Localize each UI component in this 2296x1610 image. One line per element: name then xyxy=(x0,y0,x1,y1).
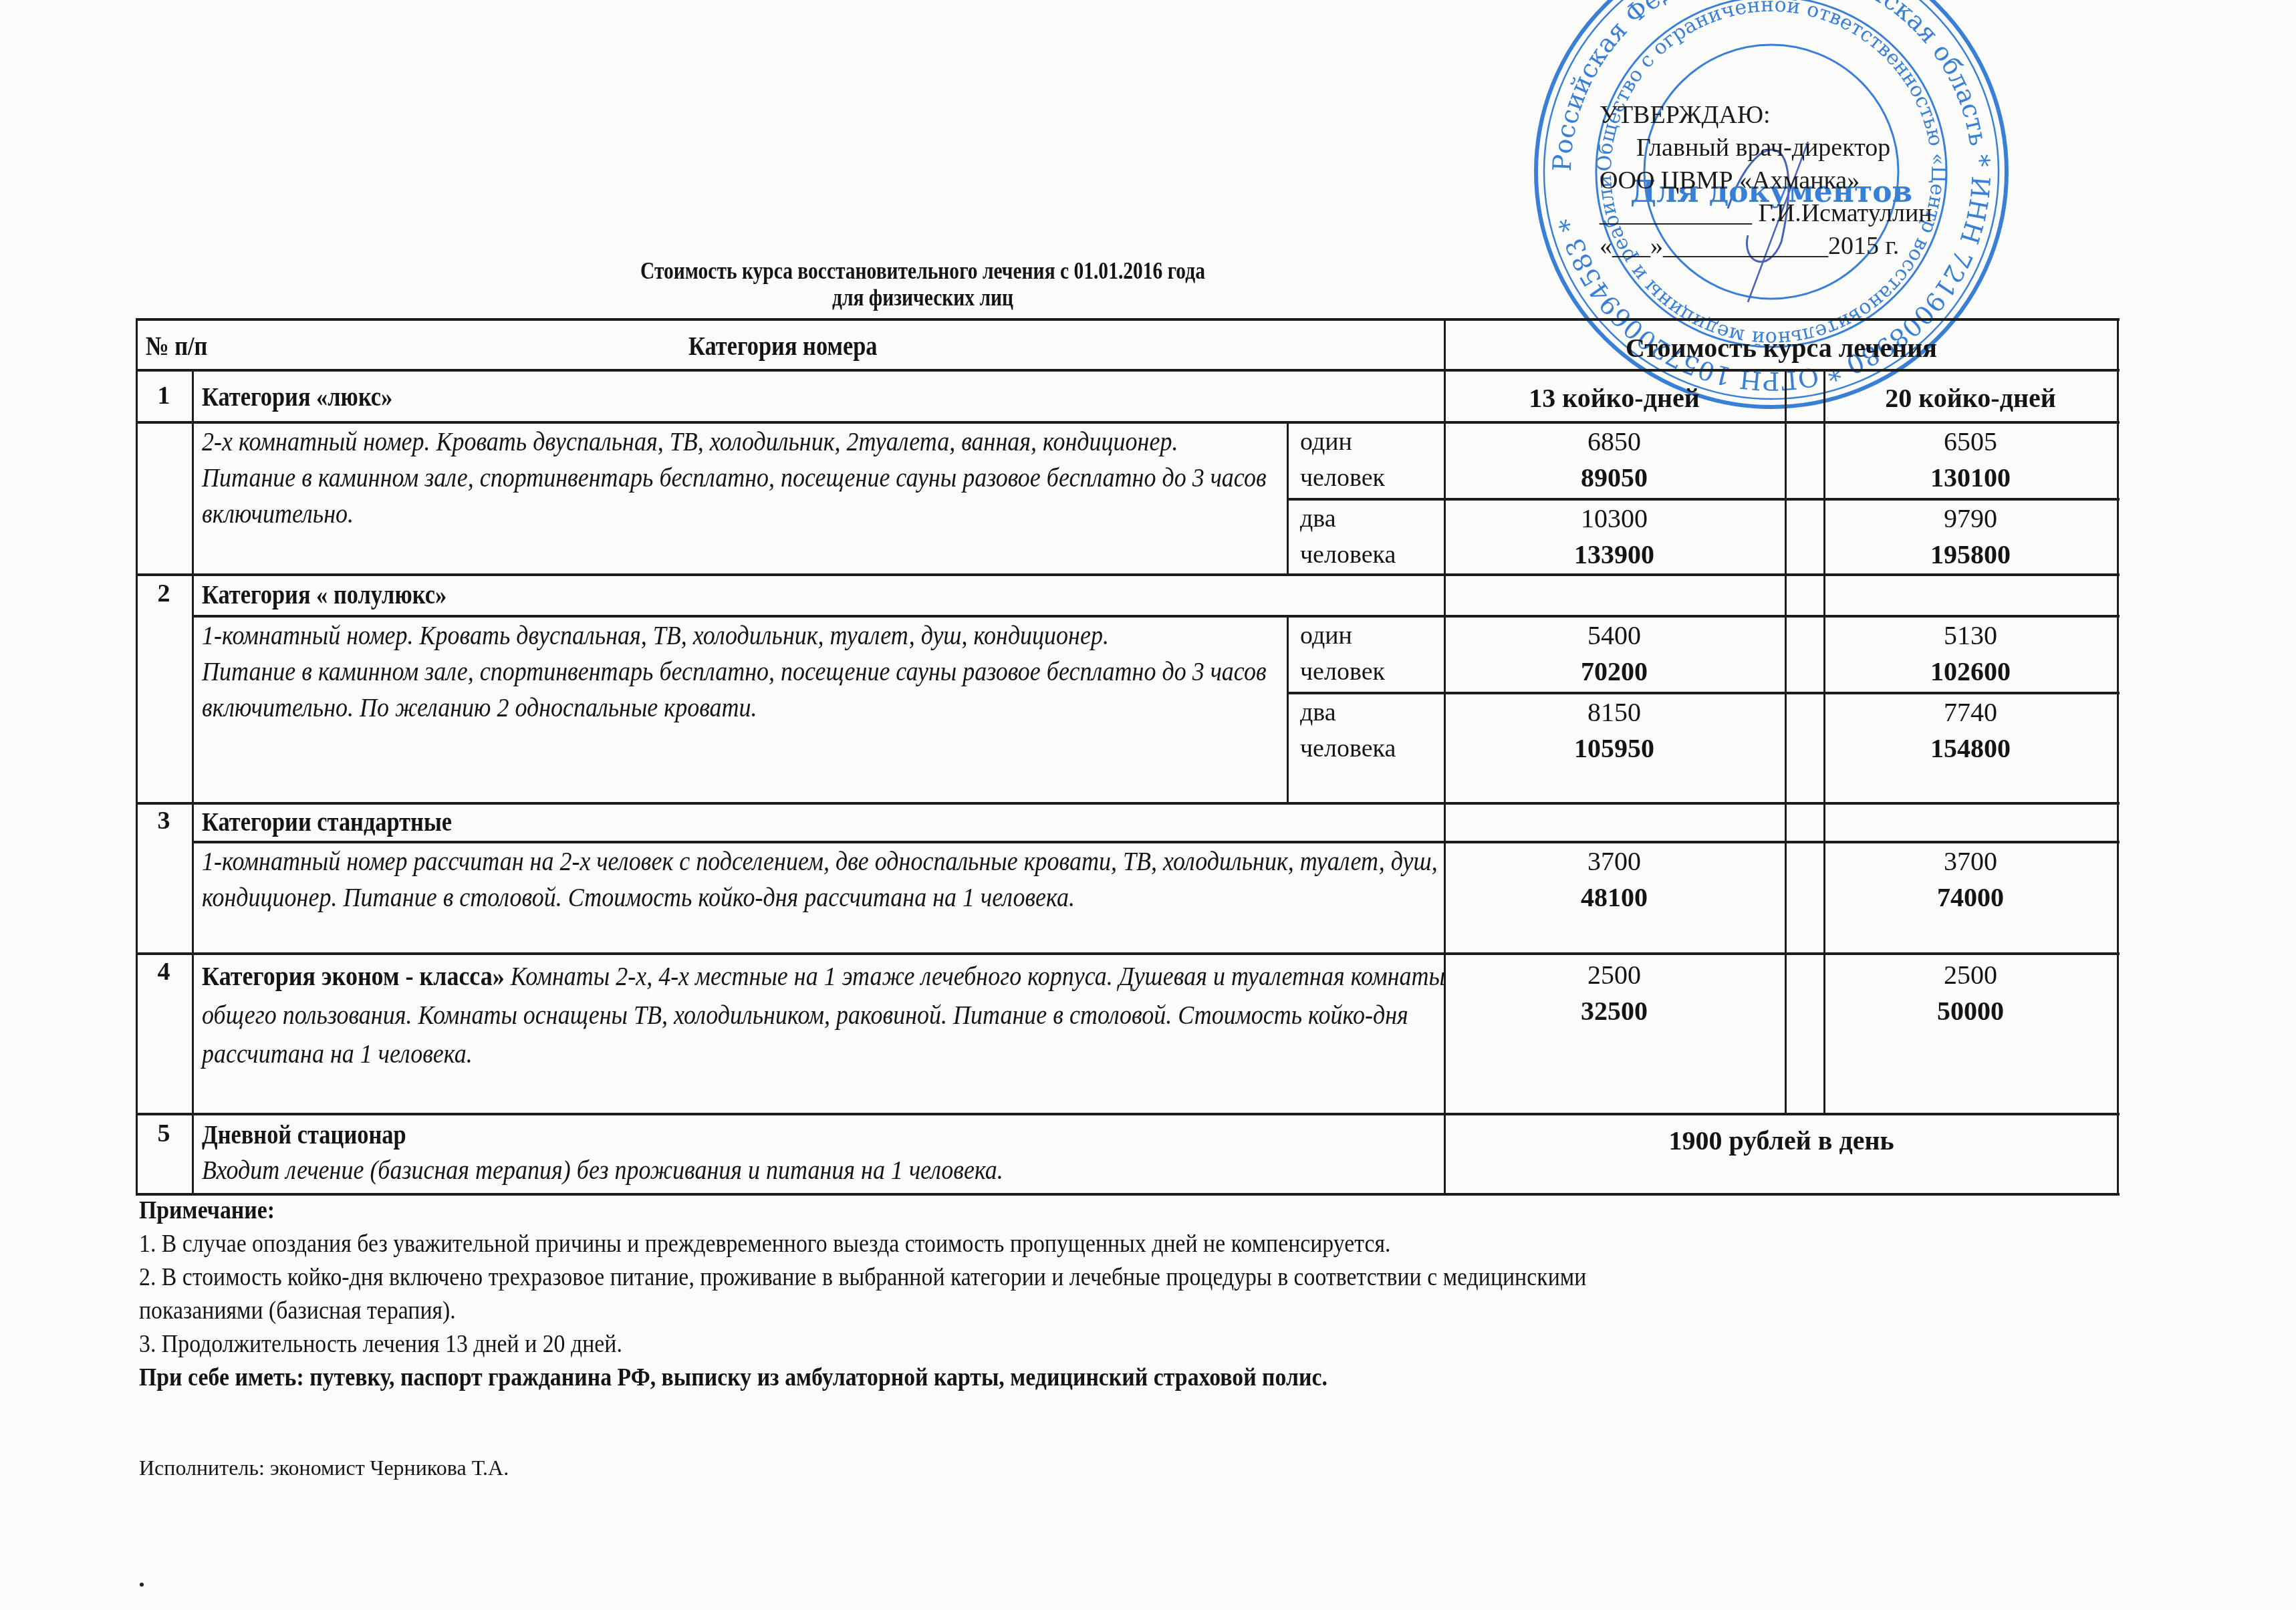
row-2b-occupancy: два человека xyxy=(1300,694,1434,767)
row-2-title: Категория « полулюкс» xyxy=(202,579,447,610)
row-3-20-days: 3700 74000 xyxy=(1823,843,2118,916)
table-border-left xyxy=(136,318,138,1195)
per-day-price: 8150 xyxy=(1444,694,1785,730)
course-total-price: 130100 xyxy=(1823,460,2118,496)
note-item: 2. В стоимость койко-дня включено трехра… xyxy=(139,1260,1900,1294)
row-2a-occupancy: один человек xyxy=(1300,618,1434,690)
row-2-description-1: 1-комнатный номер. Кровать двуспальная, … xyxy=(202,618,1273,654)
table-rule xyxy=(136,802,2120,805)
header-cost: Стоимость курса лечения xyxy=(1444,332,2119,364)
per-day-price: 5400 xyxy=(1444,618,1785,654)
row-5-title: Дневной стационар xyxy=(202,1119,406,1150)
course-total-price: 50000 xyxy=(1823,993,2118,1029)
course-total-price: 48100 xyxy=(1444,880,1785,916)
course-total-price: 105950 xyxy=(1444,730,1785,767)
row-4-20-days: 2500 50000 xyxy=(1823,957,2118,1029)
row-1a-occupancy: один человек xyxy=(1300,424,1434,496)
row-2a-20-days: 5130 102600 xyxy=(1823,618,2118,690)
table-col-divider xyxy=(1287,615,1289,802)
row-1-number: 1 xyxy=(136,381,192,410)
row-1-description: 2-х комнатный номер. Кровать двуспальная… xyxy=(202,424,1273,532)
notes-heading: Примечание: xyxy=(139,1194,1900,1227)
per-day-price: 6505 xyxy=(1823,424,2118,460)
row-1-description-1: 2-х комнатный номер. Кровать двуспальная… xyxy=(202,424,1273,460)
table-col-divider xyxy=(192,369,194,1195)
row-5-number: 5 xyxy=(136,1119,192,1148)
row-4-title: Категория эконом - класса» xyxy=(202,961,505,991)
table-rule xyxy=(136,573,2120,576)
table-rule xyxy=(136,952,2120,955)
row-1-description-2: Питание в каминном зале, спортинвентарь … xyxy=(202,460,1273,532)
table-col-divider xyxy=(1287,421,1289,573)
notes-section: Примечание: 1. В случае опоздания без ув… xyxy=(139,1194,2118,1394)
row-5-price: 1900 рублей в день xyxy=(1444,1125,2119,1156)
per-day-price: 9790 xyxy=(1823,501,2118,537)
row-2-description-2: Питание в каминном зале, спортинвентарь … xyxy=(202,654,1273,726)
executor-line: Исполнитель: экономист Черникова Т.А. xyxy=(139,1456,509,1480)
per-day-price: 7740 xyxy=(1823,694,2118,730)
row-1b-13-days: 10300 133900 xyxy=(1444,501,1785,573)
row-1a-13-days: 6850 89050 xyxy=(1444,424,1785,496)
row-2b-20-days: 7740 154800 xyxy=(1823,694,2118,767)
course-total-price: 74000 xyxy=(1823,880,2118,916)
table-rule xyxy=(136,1113,2120,1115)
row-4-number: 4 xyxy=(136,957,192,986)
course-total-price: 89050 xyxy=(1444,460,1785,496)
course-total-price: 154800 xyxy=(1823,730,2118,767)
table-border-top xyxy=(136,318,2120,321)
row-2-description: 1-комнатный номер. Кровать двуспальная, … xyxy=(202,618,1273,726)
per-day-price: 5130 xyxy=(1823,618,2118,654)
row-2-number: 2 xyxy=(136,579,192,608)
row-1-title: Категория «люкс» xyxy=(202,381,392,412)
note-item: показаниями (базисная терапия). xyxy=(139,1294,1900,1327)
row-2b-13-days: 8150 105950 xyxy=(1444,694,1785,767)
course-total-price: 70200 xyxy=(1444,654,1785,690)
course-total-price: 195800 xyxy=(1823,537,2118,573)
row-3-description: 1-комнатный номер рассчитан на 2-х челов… xyxy=(202,843,1447,916)
note-item: 3. Продолжительность лечения 13 дней и 2… xyxy=(139,1327,1900,1361)
row-1a-20-days: 6505 130100 xyxy=(1823,424,2118,496)
course-total-price: 133900 xyxy=(1444,537,1785,573)
row-5-description: Входит лечение (базисная терапия) без пр… xyxy=(202,1152,1447,1188)
scan-artifact-dot xyxy=(140,1583,144,1587)
row-3-13-days: 3700 48100 xyxy=(1444,843,1785,916)
per-day-price: 3700 xyxy=(1444,843,1785,880)
per-day-price: 2500 xyxy=(1444,957,1785,993)
row-2a-13-days: 5400 70200 xyxy=(1444,618,1785,690)
course-total-price: 32500 xyxy=(1444,993,1785,1029)
row-1b-occupancy: два человека xyxy=(1300,501,1434,573)
table-col-divider xyxy=(1785,369,1787,1115)
per-day-price: 6850 xyxy=(1444,424,1785,460)
row-4-13-days: 2500 32500 xyxy=(1444,957,1785,1029)
header-category: Категория номера xyxy=(688,330,877,362)
header-13-days: 13 койко-дней xyxy=(1444,382,1785,414)
per-day-price: 3700 xyxy=(1823,843,2118,880)
note-item: 1. В случае опоздания без уважительной п… xyxy=(139,1227,1900,1260)
row-4-description: Категория эконом - класса» Комнаты 2-х, … xyxy=(202,957,1447,1073)
header-number: № п/п xyxy=(146,330,207,362)
row-3-number: 3 xyxy=(136,806,192,835)
documents-to-bring: При себе иметь: путевку, паспорт граждан… xyxy=(139,1361,1900,1394)
course-total-price: 102600 xyxy=(1823,654,2118,690)
row-1b-20-days: 9790 195800 xyxy=(1823,501,2118,573)
header-20-days: 20 койко-дней xyxy=(1823,382,2118,414)
row-3-title: Категории стандартные xyxy=(202,806,452,837)
per-day-price: 10300 xyxy=(1444,501,1785,537)
per-day-price: 2500 xyxy=(1823,957,2118,993)
table-rule xyxy=(136,369,2120,372)
